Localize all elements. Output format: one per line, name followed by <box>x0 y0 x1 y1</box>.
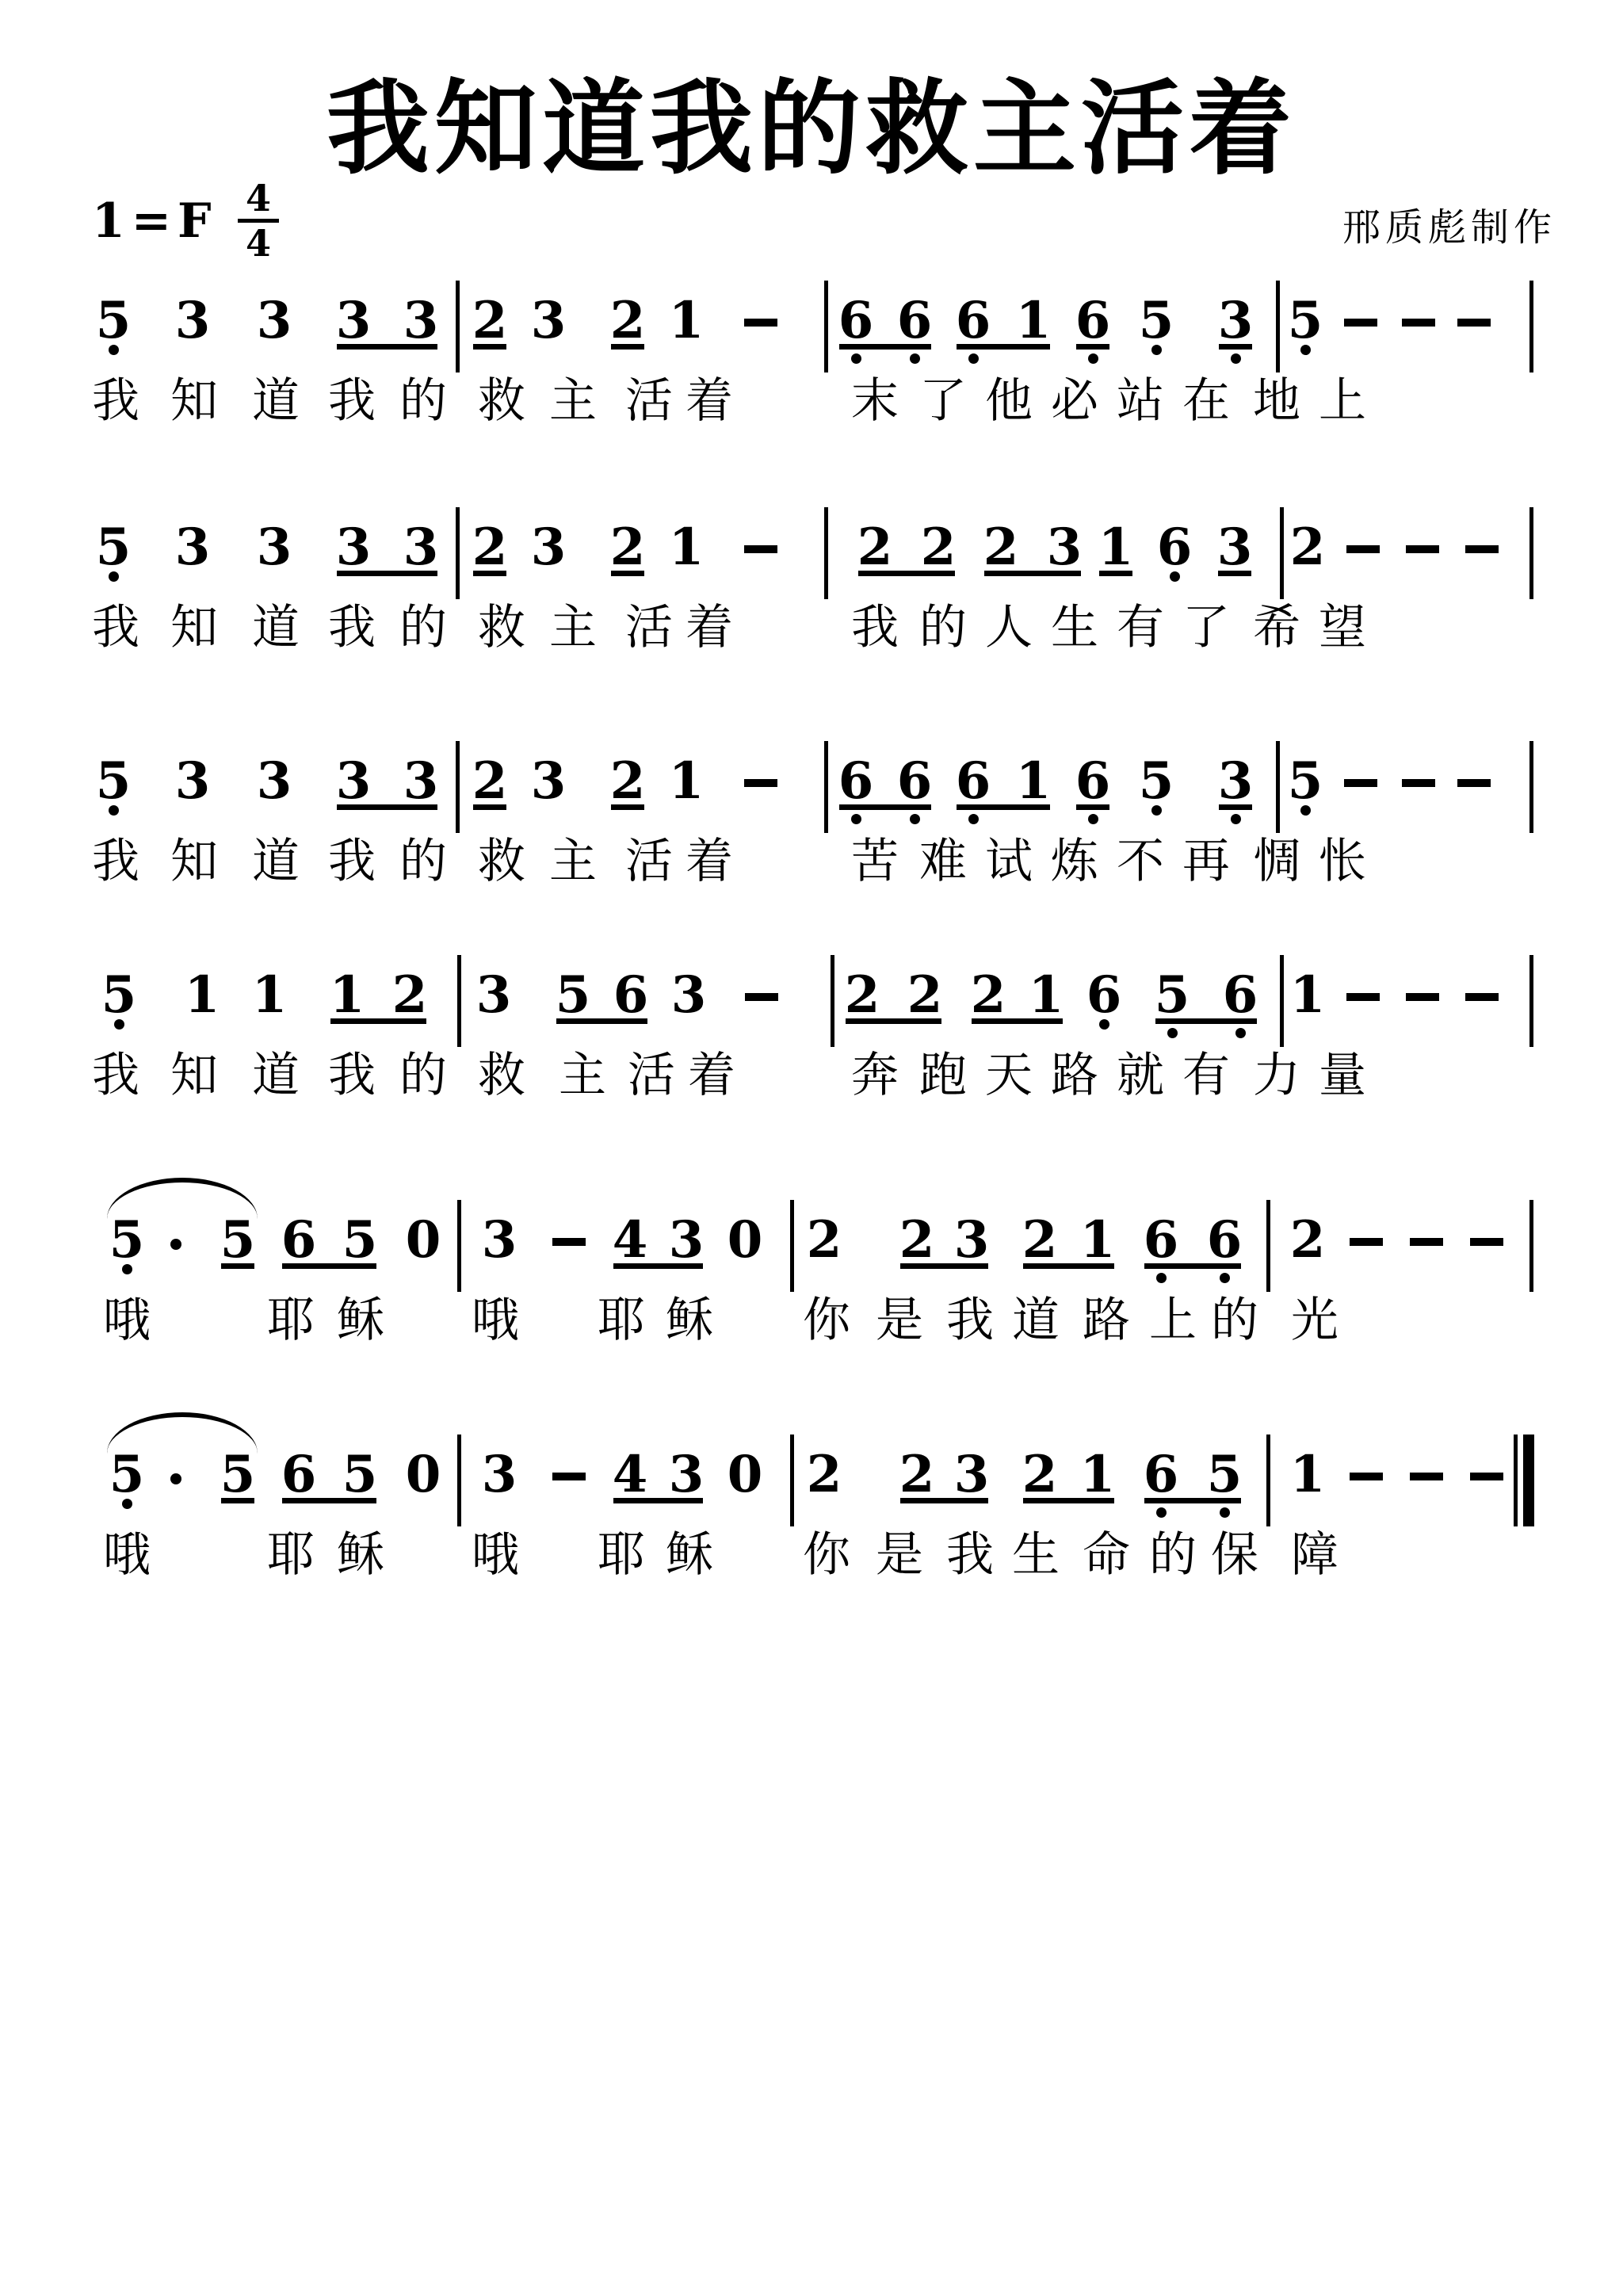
lyric-char: 我 <box>942 1297 998 1344</box>
duration-dash <box>1470 1238 1503 1246</box>
jianpu-note: 5 <box>212 1219 263 1262</box>
low-octave-dot <box>1167 1028 1178 1038</box>
low-octave-dot <box>968 353 979 364</box>
jianpu-note: 3 <box>249 300 300 342</box>
jianpu-note: 1 <box>1008 760 1059 803</box>
lyric-char: 奔 <box>847 1052 903 1099</box>
eighth-underline <box>1219 344 1252 350</box>
jianpu-note: 2 <box>464 526 515 569</box>
eighth-underline <box>611 344 644 350</box>
lyric-char: 地 <box>1249 377 1304 425</box>
low-octave-dot <box>910 814 920 824</box>
jianpu-note: 3 <box>1209 526 1260 569</box>
duration-dash <box>1344 779 1377 787</box>
lyric-char: 人 <box>981 604 1037 651</box>
jianpu-note: 3 <box>1210 760 1261 803</box>
key-signature: 1=F <box>92 193 218 249</box>
lyric-char: 有 <box>1178 1052 1234 1099</box>
jianpu-note: 3 <box>663 974 714 1017</box>
jianpu-note: 2 <box>837 974 888 1017</box>
lyric-char: 耶 <box>594 1297 649 1344</box>
duration-dash <box>1465 545 1499 553</box>
jianpu-note: 5 <box>1147 974 1197 1017</box>
duration-dash <box>1410 1238 1443 1246</box>
jianpu-note: 2 <box>1282 526 1333 569</box>
barline <box>457 1435 461 1526</box>
beam-underline <box>984 571 1081 576</box>
jianpu-note: 3 <box>946 1454 997 1496</box>
jianpu-note: 1 <box>1021 974 1071 1017</box>
duration-dash <box>744 545 777 553</box>
jianpu-note: 5 <box>88 760 139 803</box>
lyric-char: 跑 <box>915 1052 971 1099</box>
eighth-underline <box>473 571 506 576</box>
lyric-char: 惆 <box>1249 838 1304 885</box>
lyric-char: 的 <box>1207 1297 1262 1344</box>
low-octave-dot <box>1156 1507 1167 1518</box>
jianpu-note: 1 <box>1282 1454 1333 1496</box>
lyric-char: 主 <box>555 1052 610 1099</box>
beam-underline <box>858 571 955 576</box>
jianpu-note: 4 <box>605 1454 655 1496</box>
jianpu-note: 3 <box>167 300 218 342</box>
barline <box>790 1435 794 1526</box>
beam-underline <box>556 1018 647 1024</box>
low-octave-dot <box>114 1019 124 1030</box>
lyric-char: 哦 <box>99 1297 155 1344</box>
time-signature-denominator: 4 <box>235 224 282 262</box>
eighth-underline <box>1218 571 1251 576</box>
duration-dash <box>1350 1473 1383 1480</box>
augmentation-dot <box>170 1239 181 1250</box>
beam-underline <box>839 804 931 810</box>
lyric-char: 救 <box>474 604 529 651</box>
jianpu-note: 5 <box>1280 300 1331 342</box>
lyric-char: 道 <box>248 1052 304 1099</box>
lyric-char: 光 <box>1287 1297 1342 1344</box>
lyric-char: 就 <box>1113 1052 1168 1099</box>
barline <box>456 507 460 599</box>
lyric-char: 我 <box>88 604 143 651</box>
low-octave-dot <box>109 805 119 816</box>
rest-note: 0 <box>398 1454 449 1496</box>
lyric-char: 是 <box>872 1531 927 1579</box>
beam-underline <box>957 344 1050 350</box>
lyric-char: 耶 <box>263 1531 319 1579</box>
lyric-char: 我 <box>847 604 903 651</box>
lyric-char: 救 <box>474 838 529 885</box>
jianpu-note: 6 <box>889 760 940 803</box>
eighth-underline <box>221 1263 254 1269</box>
jianpu-note: 6 <box>1067 300 1118 342</box>
lyric-char: 道 <box>248 377 304 425</box>
beam-underline <box>846 1018 941 1024</box>
eighth-underline <box>1076 344 1109 350</box>
low-octave-dot <box>1220 1273 1230 1283</box>
jianpu-note: 3 <box>328 760 379 803</box>
beam-underline <box>1144 1498 1241 1503</box>
jianpu-note: 3 <box>167 526 218 569</box>
lyric-char: 的 <box>915 604 971 651</box>
lyric-char: 活 <box>621 377 677 425</box>
jianpu-note: 3 <box>249 526 300 569</box>
lyric-char: 哦 <box>99 1531 155 1579</box>
jianpu-note: 6 <box>948 760 999 803</box>
jianpu-note: 6 <box>831 300 881 342</box>
beam-underline <box>282 1498 376 1503</box>
jianpu-note: 1 <box>1090 526 1141 569</box>
beam-underline <box>1023 1498 1114 1503</box>
jianpu-note: 5 <box>1199 1454 1250 1496</box>
jianpu-note: 1 <box>661 300 712 342</box>
barline <box>1266 1200 1270 1292</box>
lyric-char: 知 <box>166 838 222 885</box>
jianpu-note: 5 <box>88 300 139 342</box>
lyric-char: 知 <box>166 377 222 425</box>
jianpu-note: 6 <box>273 1454 324 1496</box>
lyric-char: 他 <box>981 377 1037 425</box>
lyric-char: 希 <box>1249 604 1304 651</box>
barline <box>790 1200 794 1292</box>
jianpu-note: 1 <box>1072 1454 1123 1496</box>
jianpu-note: 3 <box>395 526 446 569</box>
lyric-char: 耶 <box>263 1297 319 1344</box>
lyric-char: 主 <box>545 838 601 885</box>
barline <box>457 955 461 1047</box>
beam-underline <box>839 344 931 350</box>
jianpu-note: 2 <box>384 974 435 1017</box>
barline <box>1529 281 1533 372</box>
augmentation-dot <box>170 1473 181 1484</box>
jianpu-note: 6 <box>948 300 999 342</box>
barline <box>824 507 828 599</box>
lyric-char: 着 <box>682 377 737 425</box>
jianpu-note: 3 <box>468 974 519 1017</box>
jianpu-note: 1 <box>1072 1219 1123 1262</box>
jianpu-note: 3 <box>523 526 574 569</box>
low-octave-dot <box>910 353 920 364</box>
jianpu-note: 5 <box>1131 300 1182 342</box>
lyric-char: 的 <box>395 604 451 651</box>
beam-underline <box>1023 1263 1114 1269</box>
duration-dash <box>1402 319 1435 327</box>
duration-dash <box>744 319 777 327</box>
duration-dash <box>745 993 778 1001</box>
lyric-char: 着 <box>682 604 737 651</box>
eighth-underline <box>1099 571 1132 576</box>
lyric-char: 知 <box>166 604 222 651</box>
low-octave-dot <box>122 1264 132 1274</box>
jianpu-note: 6 <box>605 974 656 1017</box>
lyric-char: 站 <box>1113 377 1168 425</box>
jianpu-note: 2 <box>1014 1454 1065 1496</box>
low-octave-dot <box>1156 1273 1167 1283</box>
lyric-char: 你 <box>799 1297 854 1344</box>
lyric-char: 了 <box>915 377 971 425</box>
lyric-char: 我 <box>324 1052 380 1099</box>
lyric-char: 着 <box>684 1052 739 1099</box>
barline <box>1529 955 1533 1047</box>
low-octave-dot <box>1170 571 1180 582</box>
jianpu-note: 1 <box>1282 974 1333 1017</box>
barline <box>1529 741 1533 833</box>
low-octave-dot <box>1235 1028 1246 1038</box>
final-barline-thick <box>1523 1435 1534 1526</box>
lyric-char: 稣 <box>662 1531 717 1579</box>
lyric-char: 末 <box>847 377 903 425</box>
beam-underline <box>957 804 1050 810</box>
duration-dash <box>552 1238 586 1246</box>
eighth-underline <box>221 1498 254 1503</box>
jianpu-note: 2 <box>1014 1219 1065 1262</box>
jianpu-note: 6 <box>1067 760 1118 803</box>
jianpu-note: 2 <box>892 1454 942 1496</box>
jianpu-note: 5 <box>1131 760 1182 803</box>
lyric-char: 道 <box>248 604 304 651</box>
duration-dash <box>1346 993 1380 1001</box>
lyric-char: 在 <box>1178 377 1234 425</box>
eighth-underline <box>473 344 506 350</box>
low-octave-dot <box>1151 805 1162 816</box>
jianpu-note: 2 <box>892 1219 942 1262</box>
beam-underline <box>613 1498 703 1503</box>
jianpu-note: 2 <box>799 1454 850 1496</box>
jianpu-note: 3 <box>328 526 379 569</box>
lyric-char: 我 <box>324 604 380 651</box>
jianpu-note: 5 <box>88 526 139 569</box>
lyric-char: 路 <box>1079 1297 1134 1344</box>
lyric-char: 稣 <box>333 1531 388 1579</box>
barline <box>1266 1435 1270 1526</box>
lyric-char: 路 <box>1047 1052 1102 1099</box>
duration-dash <box>1346 545 1380 553</box>
jianpu-note: 2 <box>602 760 653 803</box>
duration-dash <box>1406 993 1439 1001</box>
lyric-char: 有 <box>1113 604 1168 651</box>
beam-underline <box>330 1018 426 1024</box>
jianpu-note: 3 <box>167 760 218 803</box>
beam-underline <box>972 1018 1063 1024</box>
jianpu-note: 5 <box>212 1454 263 1496</box>
jianpu-note: 1 <box>1008 300 1059 342</box>
jianpu-note: 3 <box>395 300 446 342</box>
jianpu-note: 2 <box>1282 1219 1333 1262</box>
jianpu-note: 6 <box>1079 974 1129 1017</box>
jianpu-note: 1 <box>322 974 372 1017</box>
lyric-char: 生 <box>1008 1531 1064 1579</box>
beam-underline <box>337 804 437 810</box>
jianpu-note: 2 <box>602 300 653 342</box>
lyric-char: 知 <box>166 1052 222 1099</box>
jianpu-note: 3 <box>661 1219 712 1262</box>
beam-underline <box>282 1263 376 1269</box>
jianpu-note: 6 <box>273 1219 324 1262</box>
jianpu-note: 1 <box>244 974 295 1017</box>
song-title: 我知道我的救主活着 <box>0 46 1623 194</box>
low-octave-dot <box>851 814 861 824</box>
beam-underline <box>1155 1018 1257 1024</box>
lyric-char: 生 <box>1047 604 1102 651</box>
duration-dash <box>1457 779 1491 787</box>
jianpu-note: 4 <box>605 1219 655 1262</box>
jianpu-note: 1 <box>661 526 712 569</box>
final-barline-thin <box>1514 1435 1518 1526</box>
jianpu-note: 3 <box>249 760 300 803</box>
lyric-char: 苦 <box>847 838 903 885</box>
low-octave-dot <box>1231 814 1241 824</box>
jianpu-note: 2 <box>799 1219 850 1262</box>
jianpu-note: 6 <box>1215 974 1266 1017</box>
jianpu-note: 2 <box>963 974 1014 1017</box>
jianpu-note: 5 <box>94 974 144 1017</box>
lyric-char: 上 <box>1315 377 1370 425</box>
duration-dash <box>1465 993 1499 1001</box>
lyric-char: 着 <box>682 838 737 885</box>
lyric-char: 哦 <box>468 1531 523 1579</box>
lyric-char: 主 <box>545 604 601 651</box>
beam-underline <box>337 571 437 576</box>
lyric-char: 量 <box>1315 1052 1370 1099</box>
lyric-char: 障 <box>1287 1531 1342 1579</box>
jianpu-note: 2 <box>899 974 950 1017</box>
barline <box>824 281 828 372</box>
rest-note: 0 <box>398 1219 449 1262</box>
eighth-underline <box>1076 804 1109 810</box>
beam-underline <box>1144 1263 1241 1269</box>
lyric-char: 不 <box>1113 838 1168 885</box>
lyric-char: 我 <box>942 1531 998 1579</box>
lyric-char: 道 <box>1008 1297 1064 1344</box>
low-octave-dot <box>851 353 861 364</box>
jianpu-note: 2 <box>850 526 900 569</box>
lyric-char: 稣 <box>333 1297 388 1344</box>
jianpu-note: 5 <box>1280 760 1331 803</box>
rest-note: 0 <box>720 1454 770 1496</box>
jianpu-note: 2 <box>976 526 1026 569</box>
jianpu-note: 3 <box>328 300 379 342</box>
jianpu-note: 3 <box>395 760 446 803</box>
beam-underline <box>900 1263 988 1269</box>
jianpu-note: 3 <box>523 300 574 342</box>
jianpu-note: 5 <box>101 1454 152 1496</box>
jianpu-note: 3 <box>1210 300 1261 342</box>
lyric-char: 哦 <box>468 1297 523 1344</box>
lyric-char: 天 <box>981 1052 1037 1099</box>
low-octave-dot <box>1088 814 1098 824</box>
time-signature-numerator: 4 <box>235 179 282 217</box>
low-octave-dot <box>968 814 979 824</box>
jianpu-note: 2 <box>602 526 653 569</box>
low-octave-dot <box>1099 1019 1109 1030</box>
eighth-underline <box>1219 804 1252 810</box>
lyric-char: 上 <box>1145 1297 1201 1344</box>
lyric-char: 我 <box>324 377 380 425</box>
duration-dash <box>1344 319 1377 327</box>
lyric-char: 是 <box>872 1297 927 1344</box>
jianpu-note: 6 <box>831 760 881 803</box>
low-octave-dot <box>1151 345 1162 355</box>
jianpu-note: 3 <box>661 1454 712 1496</box>
beam-underline <box>613 1263 703 1269</box>
jianpu-note: 1 <box>661 760 712 803</box>
lyric-char: 怅 <box>1315 838 1370 885</box>
low-octave-dot <box>1220 1507 1230 1518</box>
barline <box>456 281 460 372</box>
lyric-char: 力 <box>1249 1052 1304 1099</box>
lyric-char: 命 <box>1079 1531 1134 1579</box>
lyric-char: 我 <box>324 838 380 885</box>
jianpu-note: 3 <box>474 1219 525 1262</box>
jianpu-note: 3 <box>474 1454 525 1496</box>
duration-dash <box>744 779 777 787</box>
low-octave-dot <box>109 345 119 355</box>
jianpu-note: 5 <box>548 974 598 1017</box>
beam-underline <box>337 344 437 350</box>
jianpu-note: 3 <box>523 760 574 803</box>
jianpu-note: 6 <box>889 300 940 342</box>
jianpu-note: 2 <box>464 760 515 803</box>
lyric-char: 我 <box>88 838 143 885</box>
lyric-char: 救 <box>474 1052 529 1099</box>
barline <box>456 741 460 833</box>
duration-dash <box>1410 1473 1443 1480</box>
jianpu-note: 6 <box>1136 1454 1186 1496</box>
lyric-char: 的 <box>395 1052 451 1099</box>
duration-dash <box>1350 1238 1383 1246</box>
lyric-char: 活 <box>621 838 677 885</box>
low-octave-dot <box>109 571 119 582</box>
duration-dash <box>1402 779 1435 787</box>
lyric-char: 保 <box>1207 1531 1262 1579</box>
lyric-char: 我 <box>88 377 143 425</box>
duration-dash <box>1457 319 1491 327</box>
barline <box>831 955 834 1047</box>
lyric-char: 我 <box>88 1052 143 1099</box>
lyric-char: 了 <box>1178 604 1234 651</box>
lyric-char: 炼 <box>1047 838 1102 885</box>
lyric-char: 活 <box>624 1052 679 1099</box>
duration-dash <box>1406 545 1439 553</box>
jianpu-note: 2 <box>464 300 515 342</box>
jianpu-note: 2 <box>913 526 964 569</box>
lyric-char: 再 <box>1178 838 1234 885</box>
barline <box>1529 1200 1533 1292</box>
beam-underline <box>900 1498 988 1503</box>
jianpu-note: 5 <box>101 1219 152 1262</box>
jianpu-note: 5 <box>334 1219 385 1262</box>
jianpu-note: 3 <box>946 1219 997 1262</box>
low-octave-dot <box>1300 805 1311 816</box>
low-octave-dot <box>1300 345 1311 355</box>
eighth-underline <box>611 804 644 810</box>
lyric-char: 救 <box>474 377 529 425</box>
jianpu-note: 6 <box>1199 1219 1250 1262</box>
lyric-char: 的 <box>395 377 451 425</box>
jianpu-note: 1 <box>177 974 227 1017</box>
jianpu-note: 3 <box>1039 526 1090 569</box>
lyric-char: 你 <box>799 1531 854 1579</box>
lyric-char: 试 <box>981 838 1037 885</box>
barline <box>457 1200 461 1292</box>
eighth-underline <box>611 571 644 576</box>
time-signature: 4 4 <box>235 179 282 263</box>
rest-note: 0 <box>720 1219 770 1262</box>
barline <box>824 741 828 833</box>
eighth-underline <box>473 804 506 810</box>
lyric-char: 道 <box>248 838 304 885</box>
lyric-char: 必 <box>1047 377 1102 425</box>
duration-dash <box>1470 1473 1503 1480</box>
